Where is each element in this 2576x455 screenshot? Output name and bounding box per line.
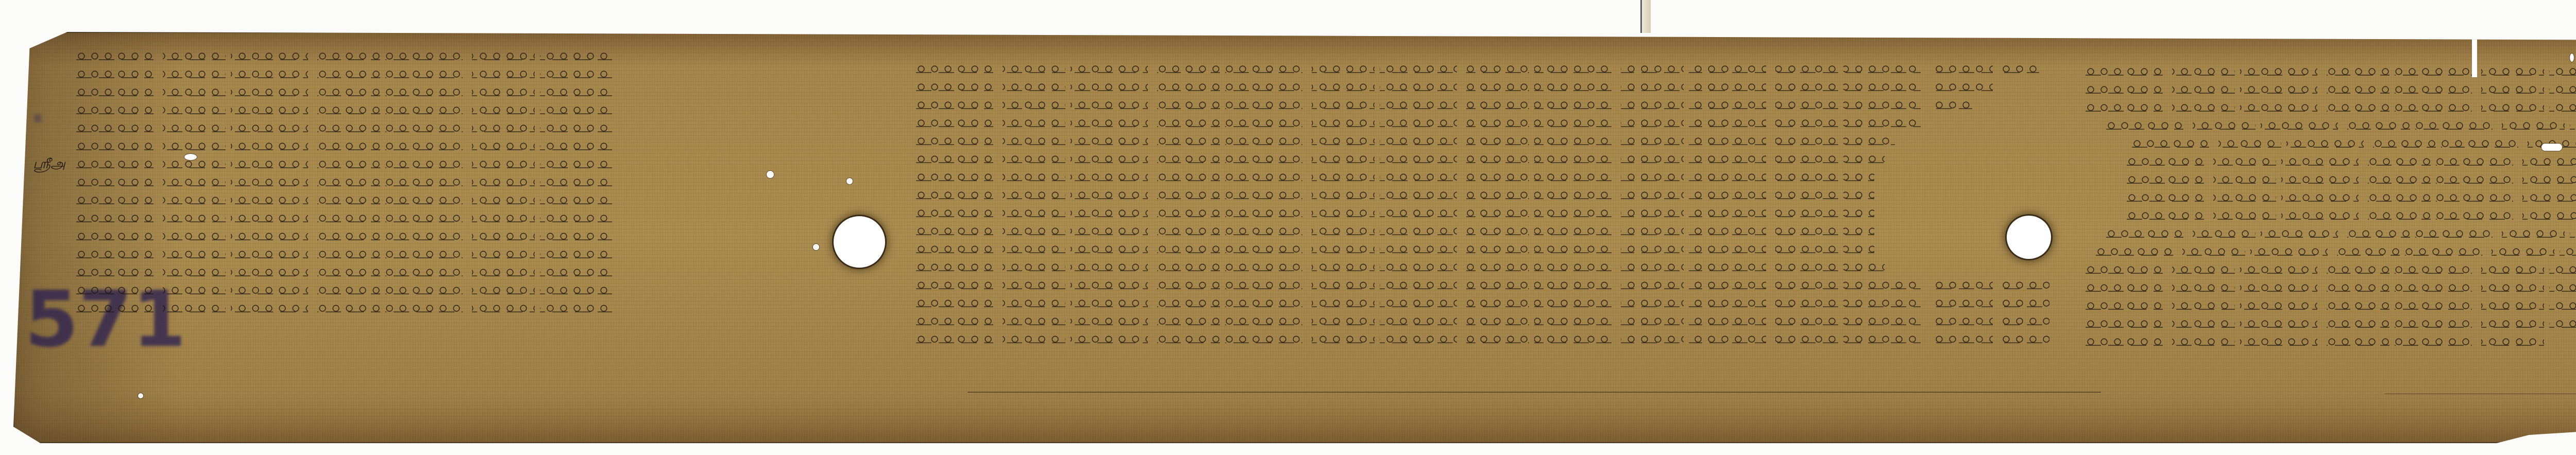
damage-speck bbox=[184, 154, 197, 160]
damage-speck bbox=[813, 244, 819, 250]
text-block-left bbox=[76, 46, 617, 316]
text-block-center bbox=[916, 59, 2049, 347]
tape-strip bbox=[1640, 0, 1651, 33]
damage-speck bbox=[2541, 144, 2562, 151]
ruled-line bbox=[2384, 393, 2576, 394]
damage-speck bbox=[2570, 54, 2574, 62]
ruled-line bbox=[968, 392, 2101, 393]
text-block-right bbox=[2086, 61, 2576, 349]
damage-speck bbox=[138, 393, 143, 398]
left-binding-hole bbox=[834, 216, 885, 268]
margin-ink-smudge: · bbox=[30, 95, 45, 143]
margin-note: ஶ்ரீஅ bbox=[33, 156, 65, 173]
damage-speck bbox=[846, 178, 853, 184]
right-binding-hole bbox=[2007, 216, 2051, 259]
damage-speck bbox=[767, 171, 774, 178]
worm-damage bbox=[2317, 26, 2477, 77]
palm-leaf: 571 · ஶ்ரீஅ bbox=[13, 32, 2576, 443]
